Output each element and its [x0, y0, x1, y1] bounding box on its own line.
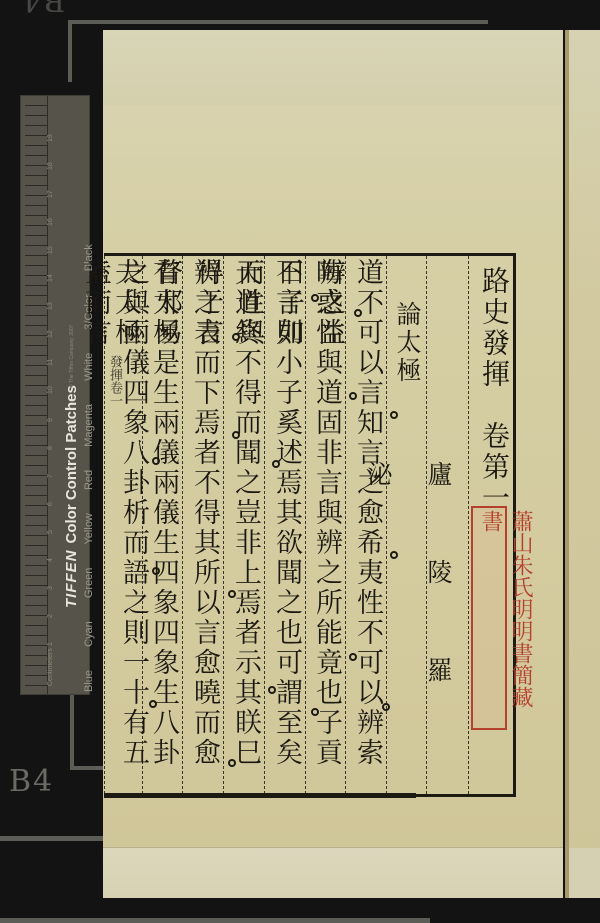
patch-green: Green — [83, 568, 95, 599]
page-top-margin — [103, 30, 563, 105]
target-frame-inner-left — [70, 690, 74, 770]
scale-numbers: Centimeters12345678910111213141516171819 — [47, 114, 54, 686]
punctuation-mark — [354, 309, 362, 317]
punctuation-mark — [272, 460, 280, 468]
target-frame-top — [68, 20, 488, 24]
patch-cyan: Cyan — [83, 621, 95, 647]
centimeter-ruler — [25, 96, 48, 694]
target-label-bottom: B4 — [9, 764, 54, 799]
patch-blue: Blue — [83, 670, 95, 692]
punctuation-mark — [390, 411, 398, 419]
punctuation-mark — [311, 294, 319, 302]
punctuation-mark — [382, 703, 390, 711]
printed-block-frame: 路史發揮 卷第一 廬 陵 羅 泌 論太極 道不可以言知言之愈希夷性不可以辨索辨之… — [104, 253, 516, 797]
text-column-3: 不言則小子奚述焉其欲聞之也可謂至矣而性與 — [264, 256, 305, 794]
color-control-strip: TIFFENColor Control Patches © The Tiffen… — [20, 95, 90, 695]
punctuation-mark — [232, 431, 240, 439]
author-column: 廬 陵 羅 泌 — [426, 256, 468, 794]
patch-red: Red — [83, 470, 95, 490]
target-frame-mid — [0, 836, 103, 841]
tiffen-logo: TIFFEN — [63, 550, 80, 609]
punctuation-mark — [152, 567, 160, 575]
punctuation-mark — [268, 686, 276, 694]
punctuation-mark — [349, 392, 357, 400]
target-frame-left — [68, 20, 72, 82]
strip-title: TIFFENColor Control Patches — [63, 385, 80, 608]
text-column-4: 天道終不得而聞之豈非上焉者示其眹巳得于言 — [223, 256, 264, 794]
target-frame-inner-bottom — [70, 766, 104, 770]
strip-copyright: © The Tiffen Company, 2007 — [69, 325, 75, 388]
patch-yellow: Yellow — [83, 513, 95, 544]
text-column-5: 辨之表而下焉者不得其所以言愈曉而愈瞀邪易 — [182, 256, 223, 794]
section-heading-column: 論太極 — [386, 256, 426, 794]
patch-white: White — [83, 353, 95, 381]
punctuation-mark — [232, 333, 240, 341]
fold-label: 發揮卷一 — [104, 355, 124, 407]
adjacent-page-edge — [565, 30, 600, 898]
punctuation-mark — [149, 700, 157, 708]
target-label-top: B4 — [20, 0, 65, 17]
target-frame-bottom — [0, 918, 430, 923]
collector-seal: 蕭山朱氏明明書簡藏書 — [471, 506, 507, 730]
text-column-1: 道不可以言知言之愈希夷性不可以辨索辨之益 — [345, 256, 386, 794]
text-column-7: 之與兩儀四象八卦析而語之則一十有五盍而言 — [104, 256, 142, 794]
patch-magenta: Magenta — [83, 404, 95, 447]
punctuation-mark — [228, 590, 236, 598]
page-bottom-margin — [103, 847, 563, 898]
printed-block-bottom-border — [104, 793, 416, 798]
punctuation-mark — [390, 551, 398, 559]
punctuation-mark — [152, 457, 160, 465]
punctuation-mark — [228, 759, 236, 767]
punctuation-mark — [349, 653, 357, 661]
punctuation-mark — [311, 708, 319, 716]
